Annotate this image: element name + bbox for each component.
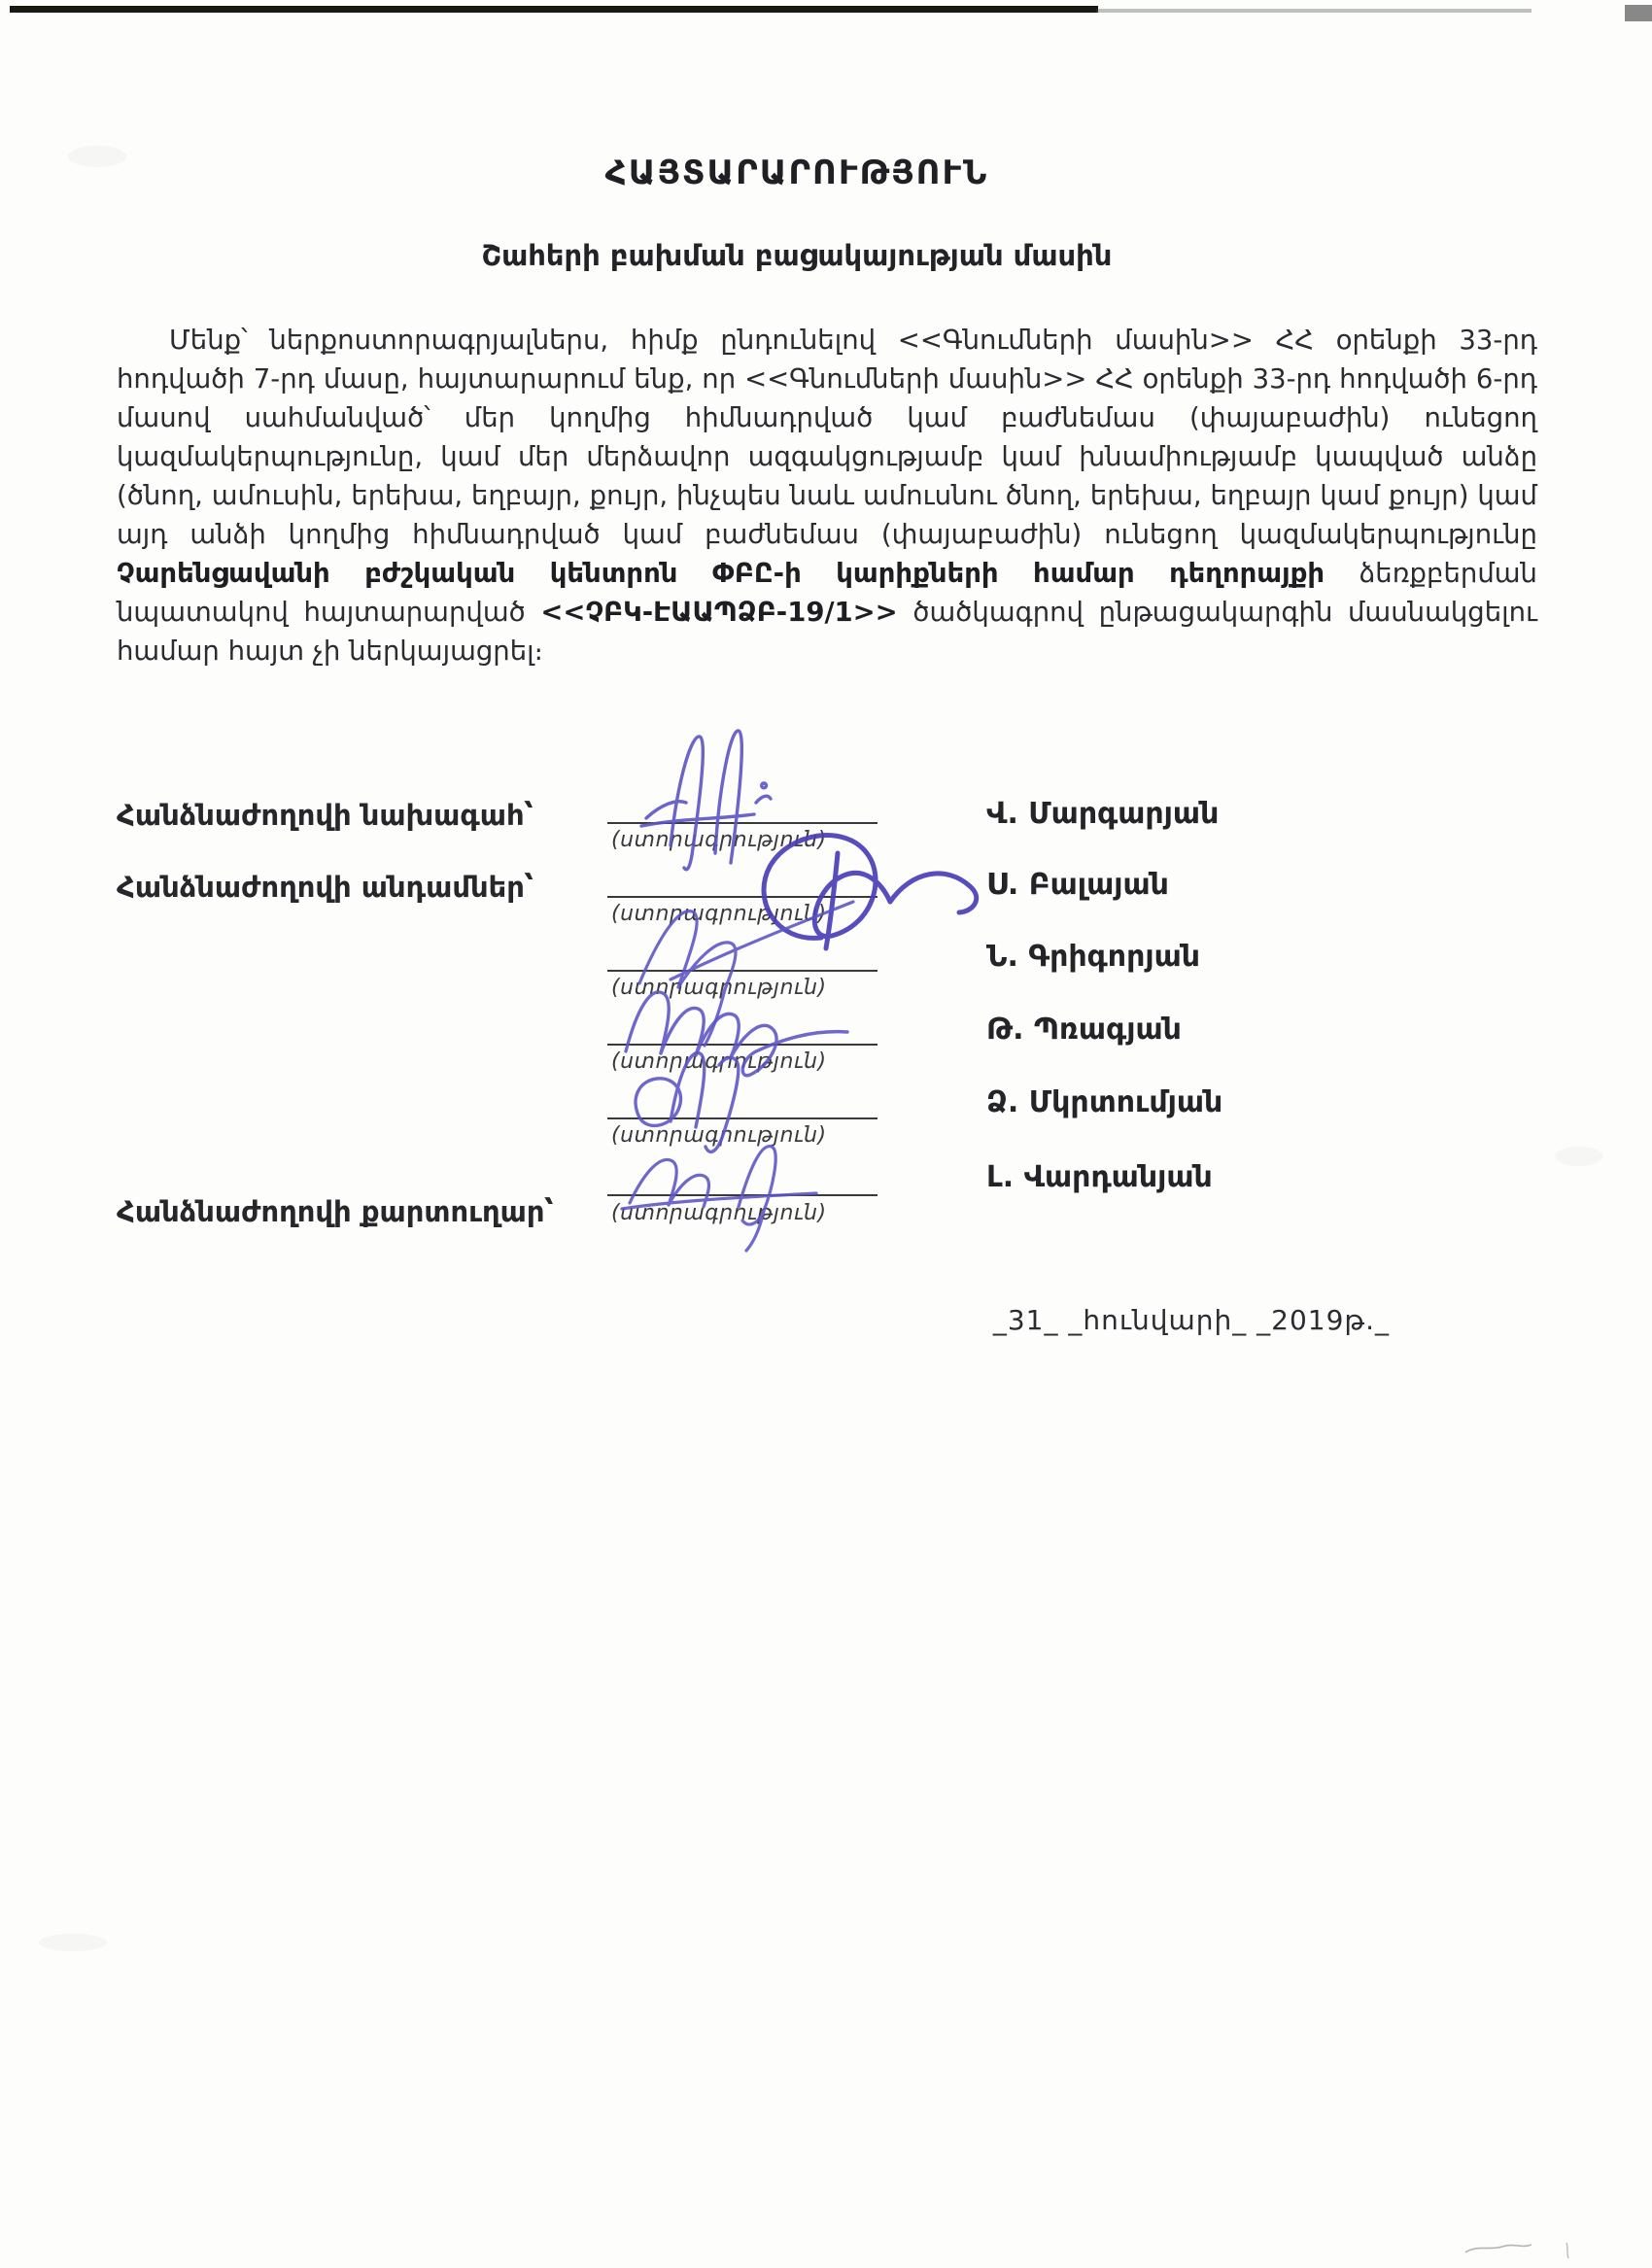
bottom-right-smudge <box>1458 2235 1584 2262</box>
scan-artifact-corner-mark <box>1625 5 1652 21</box>
paragraph-part-4-bold: <<ՉԲԿ-ԷԱԱՊՁԲ-19/1>> <box>540 597 897 628</box>
declaration-paragraph: Մենք՝ ներքոստորագրյալներս, հիմք ընդունել… <box>117 321 1537 670</box>
signature-ink-balayan <box>764 836 977 948</box>
signature-ink-grigoryan <box>639 902 853 1046</box>
secretary-label: Հանձնաժողովի քարտուղար՝ <box>117 1195 554 1228</box>
scanned-declaration-page: ՀԱՅՏԱՐԱՐՈՒԹՅՈՒՆ Շահերի բախման բացակայութ… <box>0 0 1652 2268</box>
signature-ink-mkrtumyan <box>636 1053 739 1152</box>
signature-ink-chairman <box>641 731 771 870</box>
scan-smudge <box>1555 1147 1603 1166</box>
scan-smudge <box>39 1934 107 1951</box>
chairman-label: Հանձնաժողովի նախագահ՝ <box>117 799 533 832</box>
paragraph-part-1: Մենք՝ ներքոստորագրյալներս, հիմք ընդունել… <box>117 325 1537 550</box>
signatures-overlay <box>525 709 1069 1273</box>
members-label: Հանձնաժողովի անդամներ՝ <box>117 871 533 904</box>
scan-artifact-top-line-faint <box>1096 9 1532 13</box>
document-subtitle: Շահերի բախման բացակայության մասին <box>117 239 1477 272</box>
document-title: ՀԱՅՏԱՐԱՐՈՒԹՅՈՒՆ <box>117 154 1477 192</box>
paragraph-part-2-bold: Չարենցավանի բժշկական կենտրոն ՓԲԸ-ի կարիք… <box>117 558 1359 589</box>
date-line: _31_ _հունվարի_ _2019թ._ <box>0 1304 1390 1336</box>
scan-artifact-top-line <box>10 6 1098 13</box>
signature-ink-vardanyan <box>622 1147 816 1251</box>
